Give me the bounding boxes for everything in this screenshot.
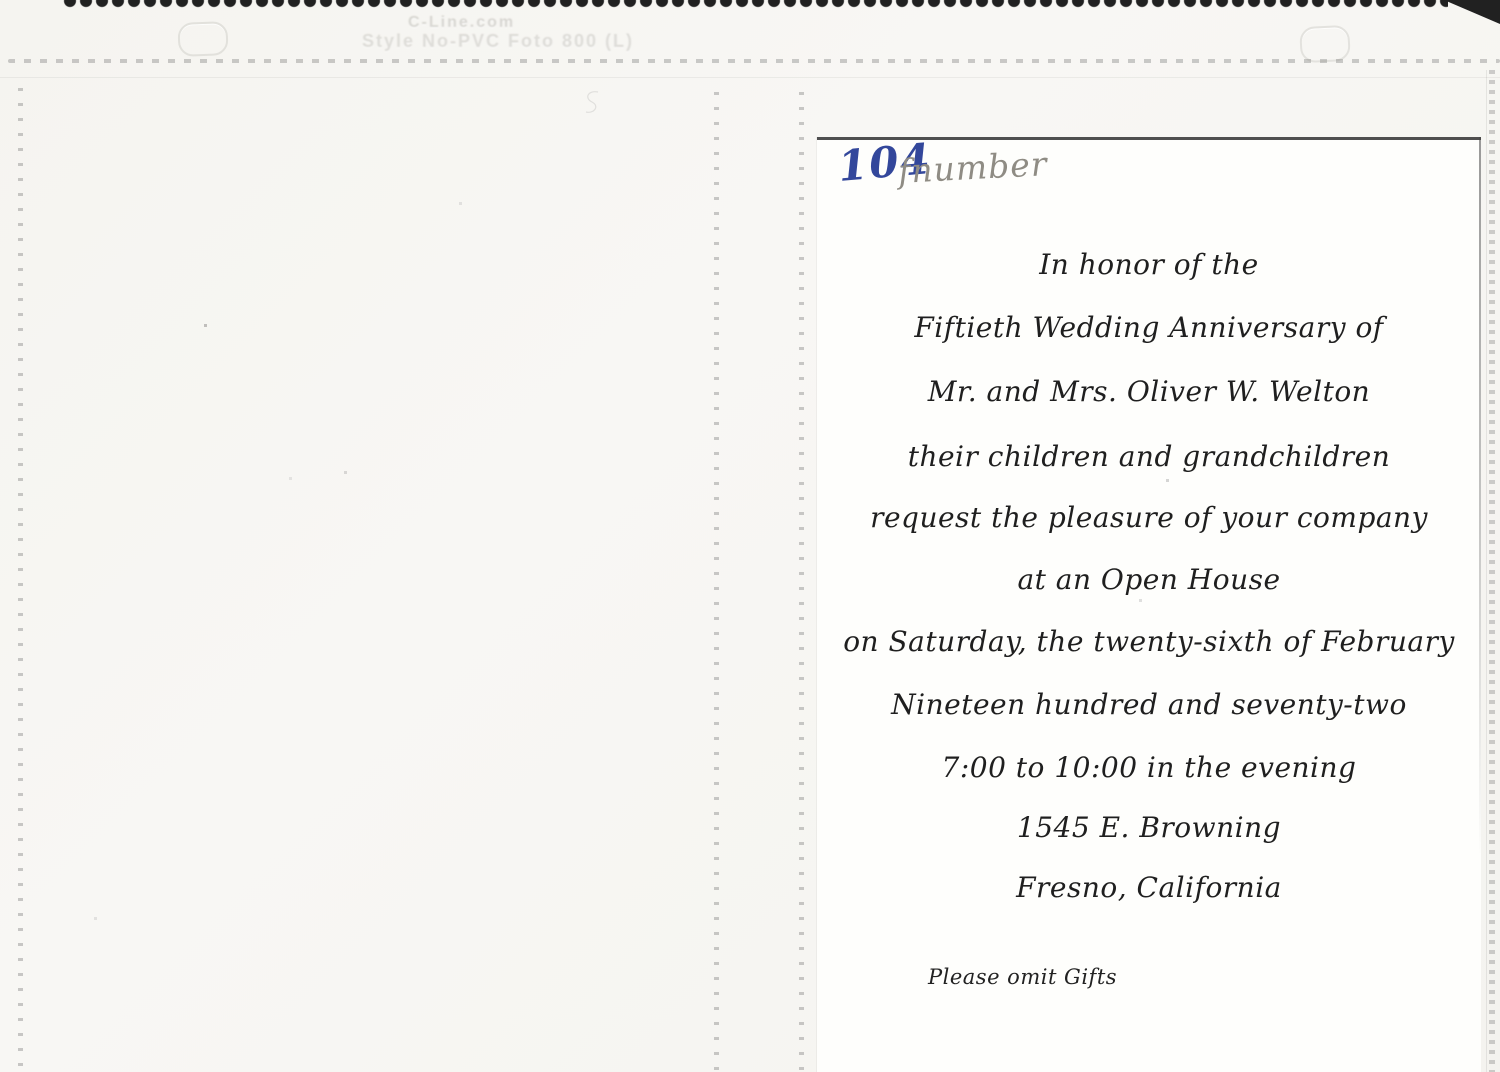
sleeve-right-edge — [1486, 70, 1487, 1072]
weld-stitch-column-mid-1 — [714, 92, 719, 1072]
invitation-line: Fresno, California — [817, 871, 1481, 904]
card-right-edge-shadow — [1479, 137, 1481, 857]
faint-scratch-mark — [578, 88, 606, 116]
scan-dust-specks — [0, 0, 1, 1]
scanned-album-page: C-Line.com Style No-PVC Foto 800 (L) In … — [0, 0, 1500, 1072]
handwritten-pencil-label: fnumber — [897, 144, 1048, 191]
sleeve-seam-line — [0, 77, 1500, 78]
invitation-line: on Saturday, the twenty-sixth of Februar… — [817, 625, 1481, 658]
invitation-line: Mr. and Mrs. Oliver W. Welton — [817, 375, 1481, 408]
invitation-line: their children and grandchildren — [817, 440, 1481, 473]
embossed-brand-text: C-Line.com — [408, 14, 515, 32]
weld-stitch-row-top — [8, 59, 1500, 63]
embossed-text-illegible: Style No-PVC Foto 800 (L) — [362, 31, 634, 52]
invitation-line: Nineteen hundred and seventy-two — [817, 688, 1481, 721]
weld-stitch-column-left — [18, 88, 23, 1072]
invitation-line: 7:00 to 10:00 in the evening — [817, 751, 1481, 784]
embossed-slot-outline-right — [1299, 25, 1351, 64]
weld-stitch-column-mid-2 — [799, 92, 804, 1072]
sheet-serrated-top-edge — [62, 0, 1448, 9]
invitation-line: Fiftieth Wedding Anniversary of — [817, 311, 1481, 344]
invitation-footer-note: Please omit Gifts — [928, 965, 1117, 989]
invitation-line: 1545 E. Browning — [817, 811, 1481, 844]
weld-stitch-column-right — [1489, 70, 1495, 1072]
invitation-card: In honor of the Fiftieth Wedding Anniver… — [817, 137, 1481, 1072]
sheet-corner-fold — [1444, 0, 1500, 24]
invitation-line: In honor of the — [817, 248, 1481, 281]
embossed-slot-outline-left — [177, 21, 228, 57]
invitation-line: request the pleasure of your company — [817, 501, 1481, 534]
invitation-line: at an Open House — [817, 563, 1481, 596]
